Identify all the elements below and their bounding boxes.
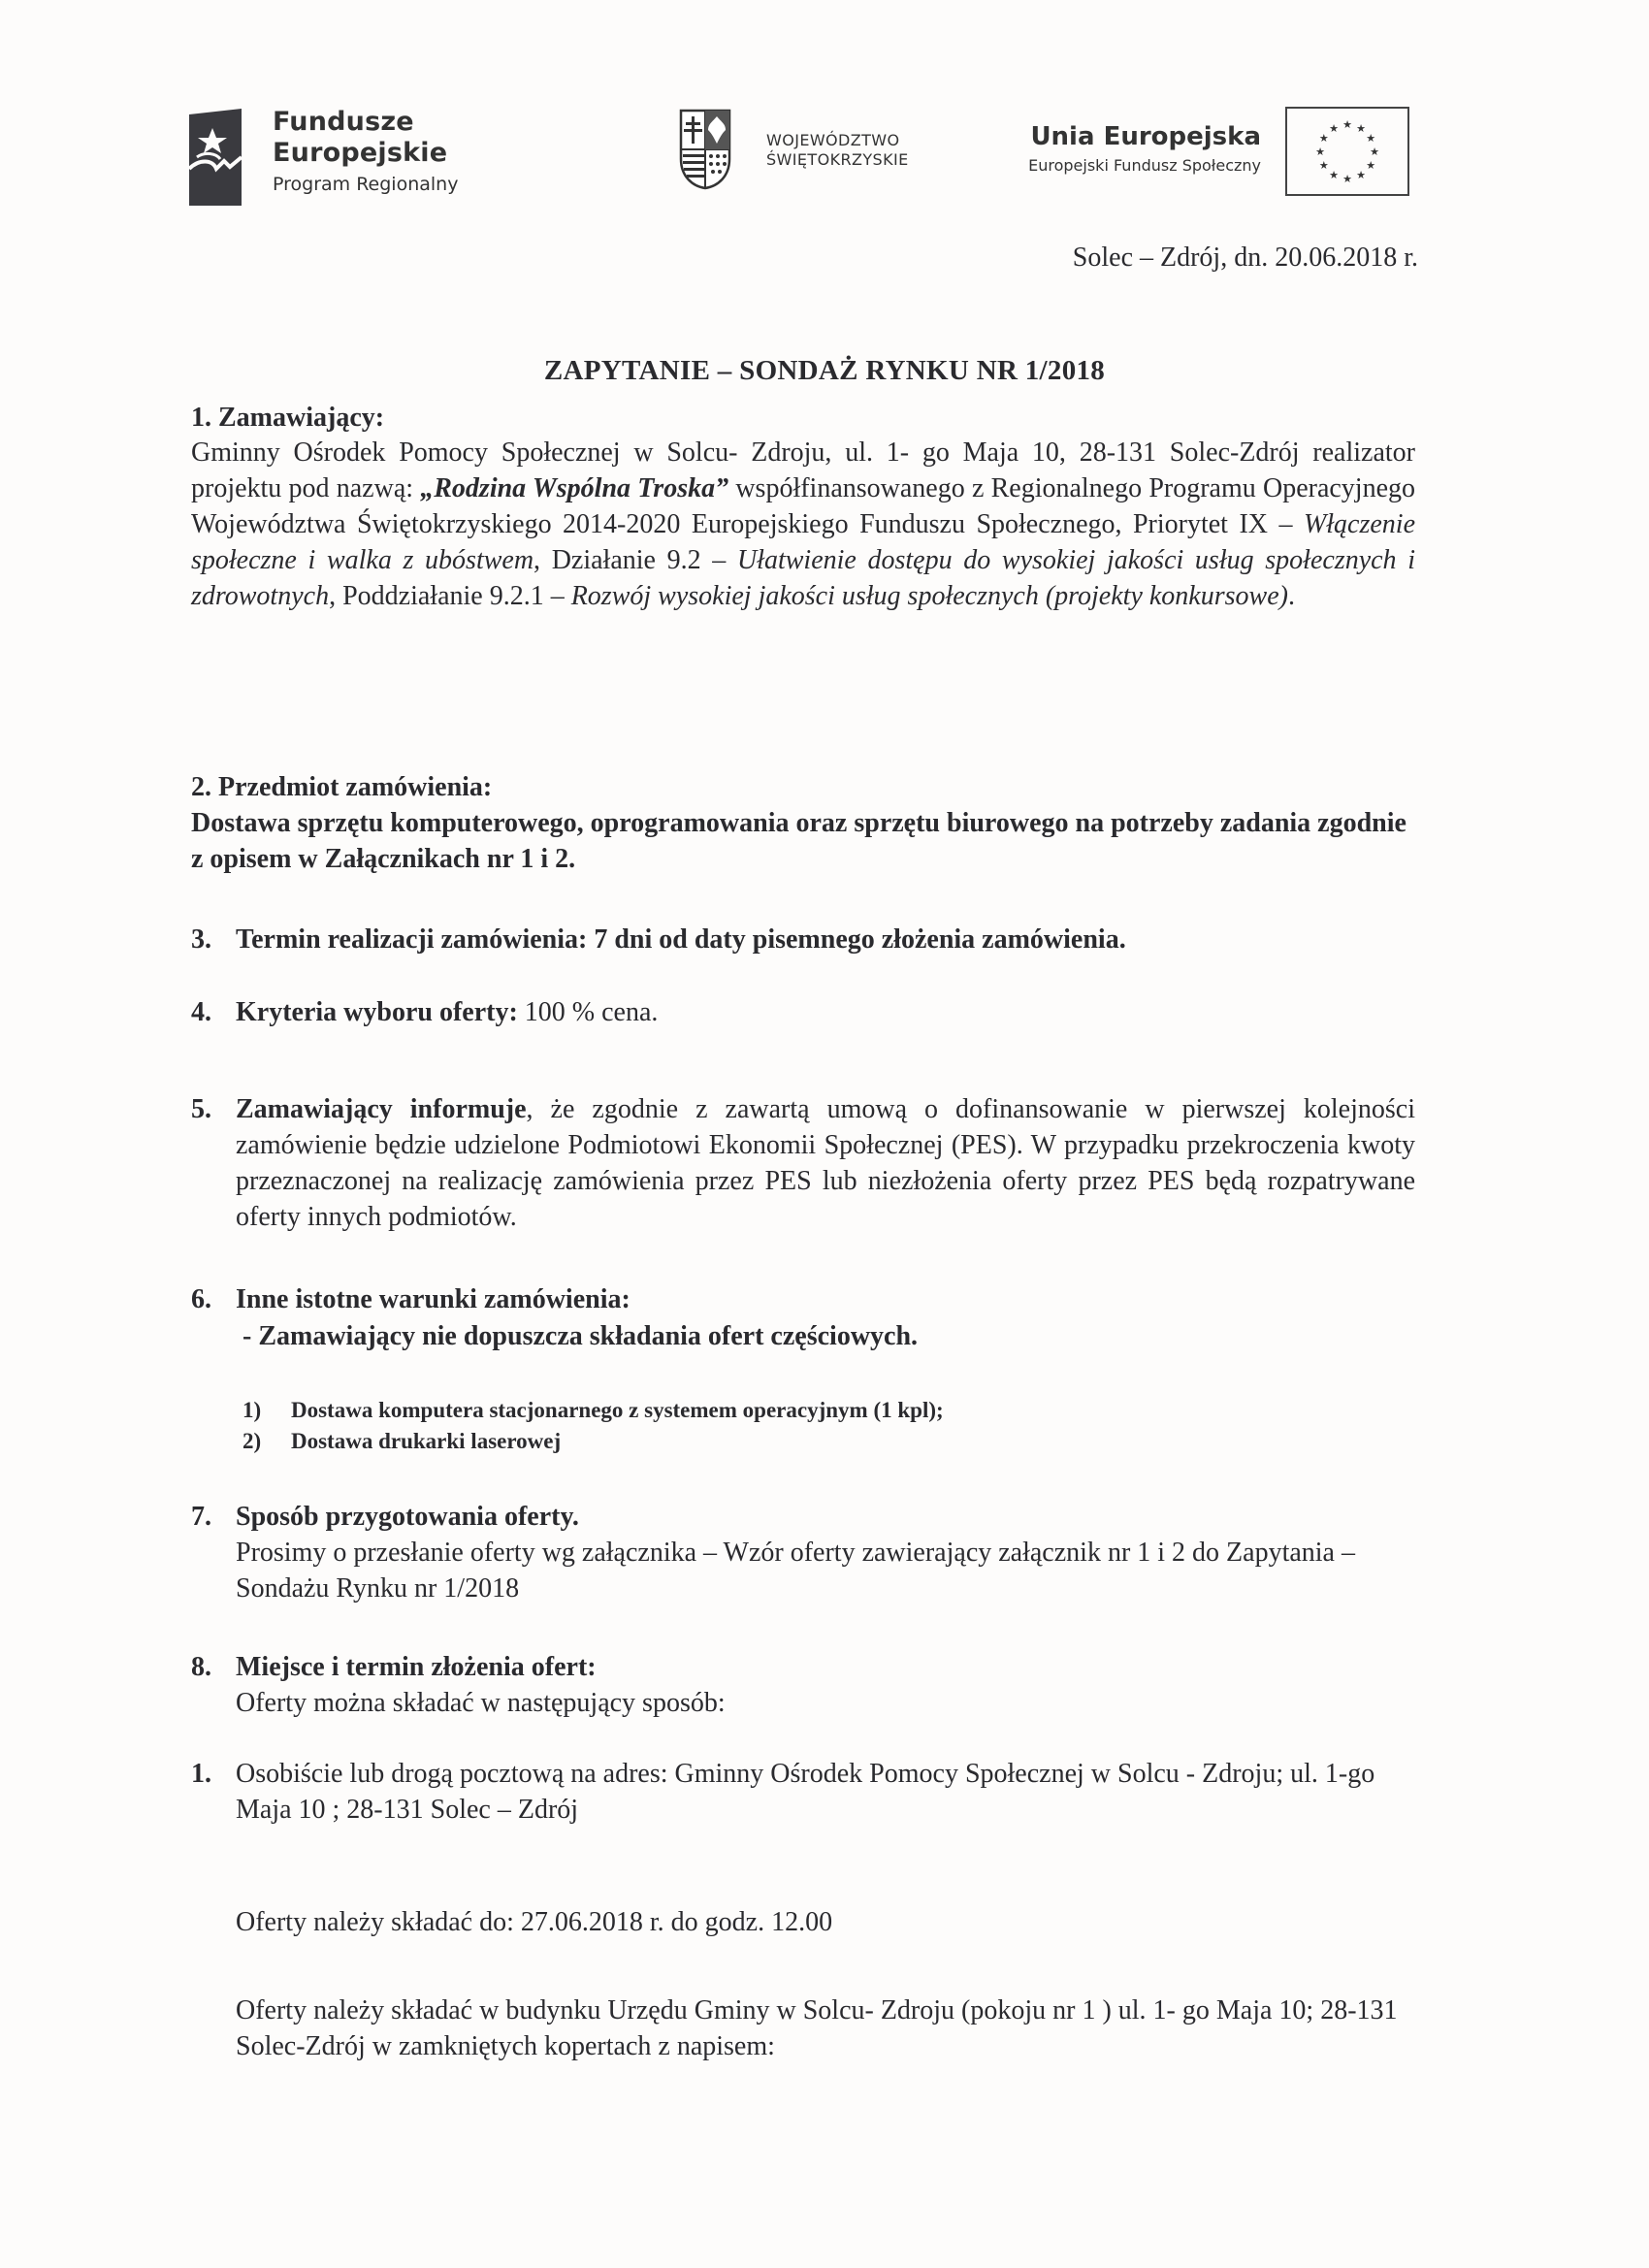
section-7-title: Sposób przygotowania oferty. [236,1502,579,1532]
project-name: „Rodzina Wspólna Troska” [420,473,728,503]
svg-text:★: ★ [1315,146,1325,158]
svg-text:★: ★ [1366,133,1375,145]
submission-deadline: Oferty należy składać do: 27.06.2018 r. … [236,1904,832,1940]
section-6-heading: 6.Inne istotne warunki zamówienia: [191,1281,630,1317]
section-number: 4. [191,994,236,1030]
logo-subtitle: Europejski Fundusz Społeczny [980,153,1261,178]
section-number: 3. [191,922,236,957]
unia-europejska-logo: Unia Europejska Europejski Fundusz Społe… [980,120,1261,178]
section-5-bold: Zamawiający informuje [236,1094,527,1124]
list-item: 1)Dostawa komputera stacjonarnego z syst… [242,1395,944,1426]
section-number: 8. [191,1649,236,1685]
section-8-title: Miejsce i termin złożenia ofert: [236,1652,597,1682]
method-number: 1. [191,1756,236,1828]
logo-line: WOJEWÓDZTWO [766,131,909,150]
svg-text:★: ★ [1342,174,1352,185]
svg-text:★: ★ [1329,123,1339,135]
section-3: 3.Termin realizacji zamówienia: 7 dni od… [191,922,1126,957]
section-4-label: Kryteria wyboru oferty: [236,997,518,1027]
section-7-heading: 7.Sposób przygotowania oferty. [191,1499,579,1535]
text: . [1288,581,1295,611]
fundusze-europejskie-logo: Fundusze Europejskie Program Regionalny [273,107,458,198]
svg-text:★: ★ [1319,133,1329,145]
subaction-name: Rozwój wysokiej jakości usług społecznyc… [571,581,1288,611]
method-text: Osobiście lub drogą pocztową na adres: G… [236,1756,1415,1828]
section-2-body: Dostawa sprzętu komputerowego, oprogramo… [191,805,1415,877]
submission-place: Oferty należy składać w budynku Urzędu G… [236,1993,1415,2064]
section-8-body: Oferty można składać w następujący sposó… [236,1685,726,1721]
svg-text:★: ★ [1319,160,1329,172]
text: , Działanie 9.2 – [533,545,737,575]
section-number: 7. [191,1499,236,1535]
logo-line: ŚWIĘTOKRZYSKIE [766,150,909,170]
svg-text:★: ★ [1342,119,1352,131]
section-1-heading: 1. Zamawiający: [191,400,384,436]
svg-text:★: ★ [1356,123,1366,135]
section-2-heading: 2. Przedmiot zamówienia: [191,769,492,805]
logo-line: Fundusze [273,107,458,138]
text: , Poddziałanie 9.2.1 – [329,581,571,611]
wojewodztwo-logo: WOJEWÓDZTWO ŚWIĘTOKRZYSKIE [766,131,909,170]
document-date: Solec – Zdrój, dn. 20.06.2018 r. [960,243,1418,274]
submission-method: 1. Osobiście lub drogą pocztową na adres… [191,1756,1415,1828]
logo-line: Europejskie [273,138,458,169]
section-7-body: Prosimy o przesłanie oferty wg załącznik… [236,1535,1415,1606]
swietokrzyskie-crest-icon [679,109,731,190]
section-number: 5. [191,1091,236,1235]
document-title: ZAPYTANIE – SONDAŻ RYNKU NR 1/2018 [0,355,1649,387]
section-5: 5. Zamawiający informuje, że zgodnie z z… [191,1091,1415,1235]
section-6-title: Inne istotne warunki zamówienia: [236,1284,630,1314]
logo-title: Unia Europejska [980,120,1261,153]
list-text: Dostawa drukarki laserowej [291,1429,561,1453]
section-number: 6. [191,1281,236,1317]
logo-line: Program Regionalny [273,171,458,198]
svg-text:★: ★ [1329,170,1339,181]
section-3-text: Termin realizacji zamówienia: 7 dni od d… [236,924,1126,955]
section-1-body: Gminny Ośrodek Pomocy Społecznej w Solcu… [191,435,1415,614]
section-4-value: 100 % cena. [518,997,659,1027]
svg-text:★: ★ [1370,146,1379,158]
list-marker: 1) [242,1395,291,1426]
eu-flag-icon: ★★★★★★★★★★★★ [1285,107,1409,196]
svg-text:★: ★ [1356,170,1366,181]
fundusze-europejskie-mark-icon [187,109,243,206]
section-4: 4.Kryteria wyboru oferty: 100 % cena. [191,994,658,1030]
list-item: 2)Dostawa drukarki laserowej [242,1426,944,1457]
section-6-list: 1)Dostawa komputera stacjonarnego z syst… [242,1395,944,1457]
section-6-note: - Zamawiający nie dopuszcza składania of… [242,1318,918,1354]
list-marker: 2) [242,1426,291,1457]
list-text: Dostawa komputera stacjonarnego z system… [291,1398,944,1422]
svg-text:★: ★ [1366,160,1375,172]
section-8-heading: 8.Miejsce i termin złożenia ofert: [191,1649,597,1685]
